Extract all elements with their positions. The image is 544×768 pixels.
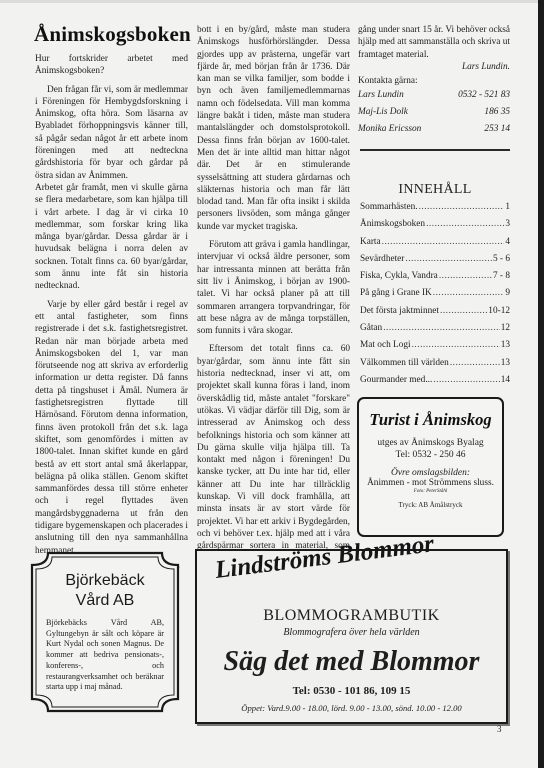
toc-leader-dots	[382, 237, 505, 247]
contact-phone: 186 35	[484, 104, 510, 121]
contact-name: Lars Lundin	[358, 87, 404, 104]
toc-leader-dots	[433, 288, 505, 298]
toc-item-label: Gåtan	[360, 323, 382, 333]
ad-bjorkeback: Björkebäck Vård AB Björkebäcks Vård AB, …	[30, 551, 180, 713]
toc-item-label: Sevärdheter	[360, 254, 404, 264]
article-title: Ånimskogsboken	[34, 22, 191, 47]
toc-leader-dots	[433, 375, 499, 385]
toc-item-label: Ånimskogsboken	[360, 219, 425, 229]
toc-item-label: Välkommen till världen	[360, 358, 449, 368]
ad-opening-hours: Öppet: Vard.9.00 - 18.00, lörd. 9.00 - 1…	[197, 703, 506, 713]
ad-slogan: Blommografera över hela världen	[197, 627, 506, 638]
photo-credit: Foto: PeterStåhl	[359, 488, 502, 495]
ad-lindstroms-blommor: Lindströms Blommor BLOMMOGRAMBUTIK Blomm…	[195, 549, 508, 724]
masthead-phone: Tel: 0532 - 250 46	[359, 449, 502, 461]
article-paragraph: Arbetet går framåt, men vi skulle gärna …	[35, 182, 188, 293]
toc-title: INNEHÅLL	[360, 182, 510, 198]
toc-leader-dots	[419, 202, 505, 212]
toc-item-page: 5 - 6	[493, 254, 510, 264]
toc-item-label: På gång i Grane IK	[360, 288, 432, 298]
toc-leader-dots	[450, 358, 500, 368]
toc-item-page: 3	[505, 219, 510, 229]
ad-phone: Tel: 0530 - 101 86, 109 15	[197, 685, 506, 697]
article-paragraph: bott i en by/gård, måste man studera Åni…	[197, 24, 350, 233]
toc-item-label: Mat och Logi	[360, 340, 411, 350]
page-top-edge	[0, 0, 544, 3]
toc-leader-dots	[412, 340, 500, 350]
cover-caption: Ånimmen - mot Strömmens sluss.	[359, 478, 502, 488]
ad-title: Björkebäck Vård AB	[30, 571, 180, 611]
masthead-box: Turist i Ånimskog utges av Ånimskogs Bya…	[357, 397, 504, 537]
toc-item-label: Sommarhästen.	[360, 202, 418, 212]
article-lead: Hur fortskrider arbetet med Ånimskogsbok…	[35, 53, 188, 78]
article-paragraph: Eftersom det totalt finns ca. 60 byar/gå…	[197, 343, 350, 564]
contact-phone: 0532 - 521 83	[458, 87, 510, 104]
toc-leader-dots	[440, 306, 487, 316]
contact-heading: Kontakta gärna:	[358, 75, 510, 87]
cover-label: Övre omslagsbilden:	[359, 468, 502, 478]
toc-item-page: 12	[501, 323, 510, 333]
article-column-2: bott i en by/gård, måste man studera Åni…	[197, 24, 350, 565]
contact-row: Maj-Lis Dolk 186 35	[358, 104, 510, 121]
toc-item[interactable]: Gåtan12	[360, 323, 510, 340]
article-signature: Lars Lundin.	[358, 61, 510, 73]
toc-item-page: 7 - 8	[493, 271, 510, 281]
toc-item[interactable]: Gourmander med...14	[360, 375, 510, 392]
toc-item[interactable]: Ånimskogsboken3	[360, 219, 510, 236]
toc-item[interactable]: Karta4	[360, 237, 510, 254]
article-column-3: gång under snart 15 år. Vi behöver också…	[358, 24, 510, 138]
toc-item[interactable]: Sommarhästen.1	[360, 202, 510, 219]
toc-item-page: 1	[505, 202, 510, 212]
toc-item-page: 14	[501, 375, 510, 385]
table-of-contents: Sommarhästen.1 Ånimskogsboken3 Karta4 Se…	[360, 202, 510, 392]
contact-name: Monika Ericsson	[358, 121, 421, 138]
toc-leader-dots	[405, 254, 492, 264]
toc-item[interactable]: Sevärdheter5 - 6	[360, 254, 510, 271]
toc-item-page: 13	[501, 340, 510, 350]
page-right-edge	[538, 0, 544, 768]
toc-leader-dots	[439, 271, 492, 281]
toc-item-label: Det första jaktminnet	[360, 306, 439, 316]
contact-row: Lars Lundin 0532 - 521 83	[358, 87, 510, 104]
page-number: 3	[497, 724, 502, 734]
article-paragraph: Förutom att gräva i gamla handlingar, in…	[197, 239, 350, 337]
ad-title-line: Vård AB	[30, 591, 180, 611]
toc-item-label: Karta	[360, 237, 381, 247]
toc-leader-dots	[383, 323, 500, 333]
toc-item-label: Gourmander med...	[360, 375, 432, 385]
ad-tagline: Säg det med Blommor	[197, 646, 506, 678]
article-column-1: Hur fortskrider arbetet med Ånimskogsbok…	[35, 53, 188, 575]
contact-row: Monika Ericsson 253 14	[358, 121, 510, 138]
toc-item[interactable]: På gång i Grane IK9	[360, 288, 510, 305]
article-paragraph: Den frågan får vi, som är medlemmar i Fö…	[35, 84, 188, 182]
ad-title-line: Björkebäck	[30, 571, 180, 591]
article-paragraph: gång under snart 15 år. Vi behöver också…	[358, 24, 510, 61]
masthead-title: Turist i Ånimskog	[359, 410, 502, 430]
contact-name: Maj-Lis Dolk	[358, 104, 408, 121]
toc-item-page: 9	[505, 288, 510, 298]
toc-item-page: 10-12	[488, 306, 510, 316]
toc-leader-dots	[426, 219, 504, 229]
ad-shop-name: BLOMMOGRAMBUTIK	[197, 607, 506, 625]
printer-credit: Tryck: AB Åmålstryck	[359, 501, 502, 509]
toc-item[interactable]: Mat och Logi13	[360, 340, 510, 357]
toc-item[interactable]: Det första jaktminnet10-12	[360, 306, 510, 323]
toc-item[interactable]: Fiska, Cykla, Vandra7 - 8	[360, 271, 510, 288]
masthead-publisher: utges av Ånimskogs Byalag	[359, 437, 502, 449]
ad-text: Björkebäcks Vård AB, Gyltungebyn är sålt…	[46, 618, 164, 693]
magazine-page: Ånimskogsboken Hur fortskrider arbetet m…	[0, 0, 540, 768]
section-divider	[360, 149, 510, 151]
toc-item-page: 13	[501, 358, 510, 368]
toc-item[interactable]: Välkommen till världen13	[360, 358, 510, 375]
toc-item-label: Fiska, Cykla, Vandra	[360, 271, 438, 281]
contact-phone: 253 14	[484, 121, 510, 138]
toc-item-page: 4	[505, 237, 510, 247]
article-paragraph: Varje by eller gård består i regel av et…	[35, 299, 188, 557]
